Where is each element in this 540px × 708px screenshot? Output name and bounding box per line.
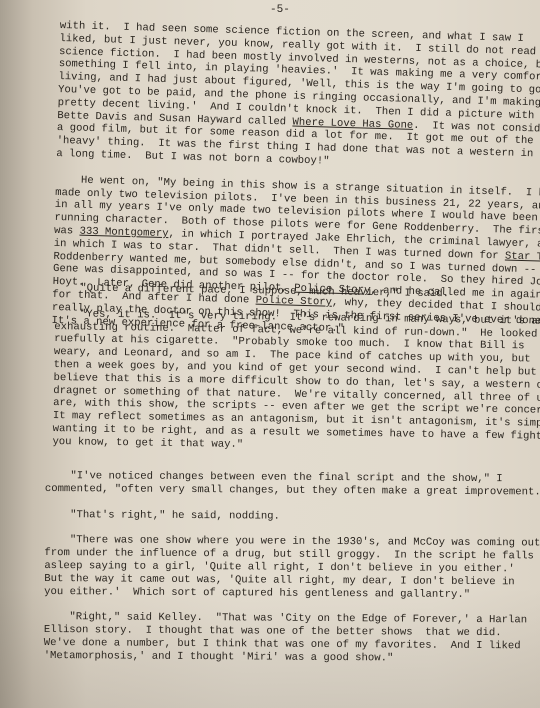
text-line: you either.' Which sort of captured his … [44, 586, 524, 602]
paragraph: "Yes, it is. It's very tiring. It's rewa… [52, 308, 524, 456]
text-line: "That's right," he said, nodding. [45, 509, 525, 525]
paragraph: "There was one show where you were in th… [44, 534, 524, 601]
paragraph-block-2: "Quite a different pace, I suppose, much… [52, 282, 525, 469]
paragraph: with it. I had seen some science fiction… [56, 20, 520, 174]
paragraph: "That's right," he said, nodding. [45, 509, 525, 525]
paragraph: "Right," said Kelley. "That was 'City on… [44, 611, 524, 666]
page-number: -5- [270, 4, 290, 16]
paragraph-block-3: "I've noticed changes between even the f… [44, 470, 525, 679]
text-line: commented, "often very small changes, bu… [45, 483, 525, 499]
typewritten-page: -5- with it. I had seen some science fic… [0, 0, 540, 708]
paragraph: "I've noticed changes between even the f… [45, 470, 525, 499]
